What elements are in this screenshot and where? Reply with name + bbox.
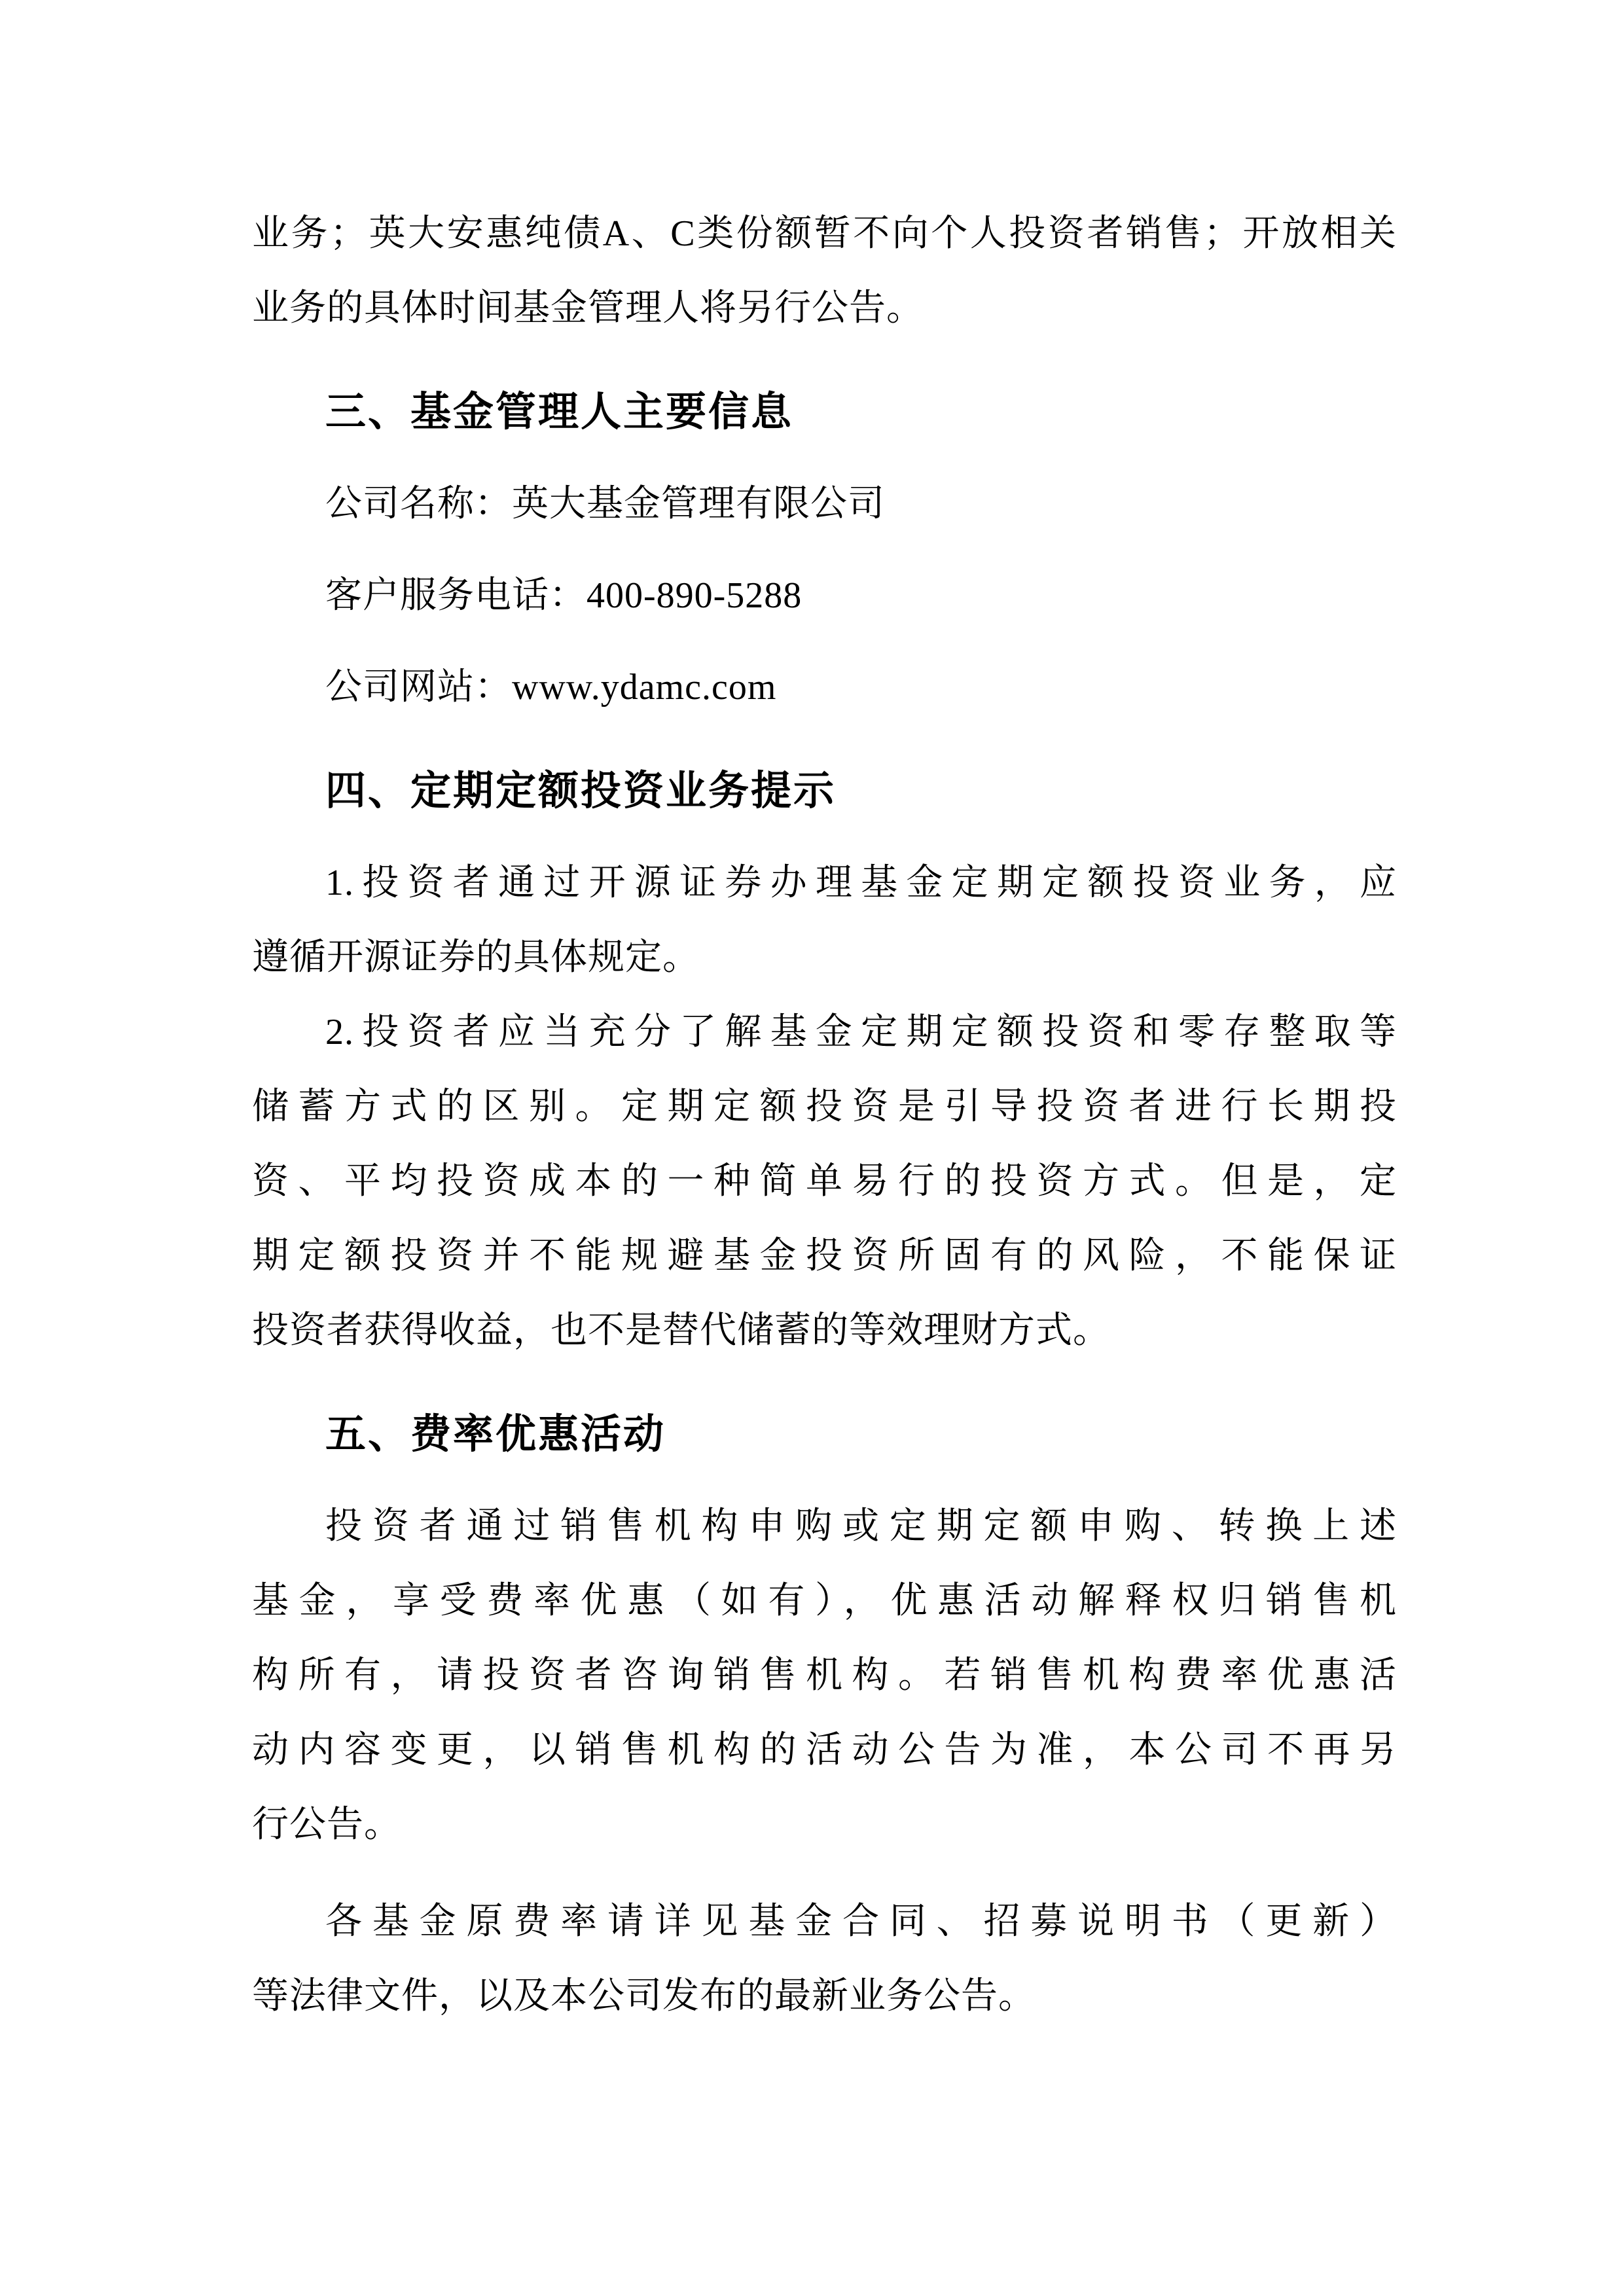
info-line-service-phone: 客户服务电话：400-890-5288 bbox=[252, 558, 1397, 633]
section-heading-fund-manager-info: 三、基金管理人主要信息 bbox=[252, 375, 1397, 450]
text-line: 等法律文件，以及本公司发布的最新业务公告。 bbox=[252, 1959, 1397, 2034]
text-line: 投资者通过销售机构申购或定期定额申购、转换上述 bbox=[252, 1489, 1397, 1564]
paragraph-fee-discount-1: 投资者通过销售机构申购或定期定额申购、转换上述 基金，享受费率优惠（如有），优惠… bbox=[252, 1489, 1397, 1862]
document-page: 业务；英大安惠纯债A、C类份额暂不向个人投资者销售；开放相关 业务的具体时间基金… bbox=[0, 0, 1624, 2296]
text-line: 储蓄方式的区别。定期定额投资是引导投资者进行长期投 bbox=[252, 1069, 1397, 1144]
text-line: 遵循开源证券的具体规定。 bbox=[252, 920, 1397, 995]
text-line: 基金，享受费率优惠（如有），优惠活动解释权归销售机 bbox=[252, 1564, 1397, 1638]
info-line-company-website: 公司网站：www.ydamc.com bbox=[252, 650, 1397, 725]
info-line-company-name: 公司名称：英大基金管理有限公司 bbox=[252, 467, 1397, 541]
section-heading-auto-invest-notice: 四、定期定额投资业务提示 bbox=[252, 754, 1397, 829]
text-line: 期定额投资并不能规避基金投资所固有的风险，不能保证 bbox=[252, 1219, 1397, 1293]
text-line: 业务的具体时间基金管理人将另行公告。 bbox=[252, 271, 1397, 346]
text-line: 构所有，请投资者咨询销售机构。若销售机构费率优惠活 bbox=[252, 1638, 1397, 1713]
text-line: 各基金原费率请详见基金合同、招募说明书（更新） bbox=[252, 1884, 1397, 1959]
paragraph-fee-discount-2: 各基金原费率请详见基金合同、招募说明书（更新） 等法律文件，以及本公司发布的最新… bbox=[252, 1884, 1397, 2034]
text-line: 业务；英大安惠纯债A、C类份额暂不向个人投资者销售；开放相关 bbox=[252, 196, 1397, 271]
paragraph-auto-invest-2: 2.投资者应当充分了解基金定期定额投资和零存整取等 储蓄方式的区别。定期定额投资… bbox=[252, 995, 1397, 1368]
text-line: 1.投资者通过开源证券办理基金定期定额投资业务，应 bbox=[252, 846, 1397, 920]
paragraph-continuation: 业务；英大安惠纯债A、C类份额暂不向个人投资者销售；开放相关 业务的具体时间基金… bbox=[252, 196, 1397, 346]
text-line: 行公告。 bbox=[252, 1787, 1397, 1862]
text-line: 2.投资者应当充分了解基金定期定额投资和零存整取等 bbox=[252, 995, 1397, 1069]
text-line: 资、平均投资成本的一种简单易行的投资方式。但是，定 bbox=[252, 1144, 1397, 1219]
paragraph-auto-invest-1: 1.投资者通过开源证券办理基金定期定额投资业务，应 遵循开源证券的具体规定。 bbox=[252, 846, 1397, 995]
text-line: 投资者获得收益，也不是替代储蓄的等效理财方式。 bbox=[252, 1293, 1397, 1368]
text-line: 动内容变更，以销售机构的活动公告为准，本公司不再另 bbox=[252, 1713, 1397, 1787]
section-heading-fee-discount: 五、费率优惠活动 bbox=[252, 1397, 1397, 1472]
